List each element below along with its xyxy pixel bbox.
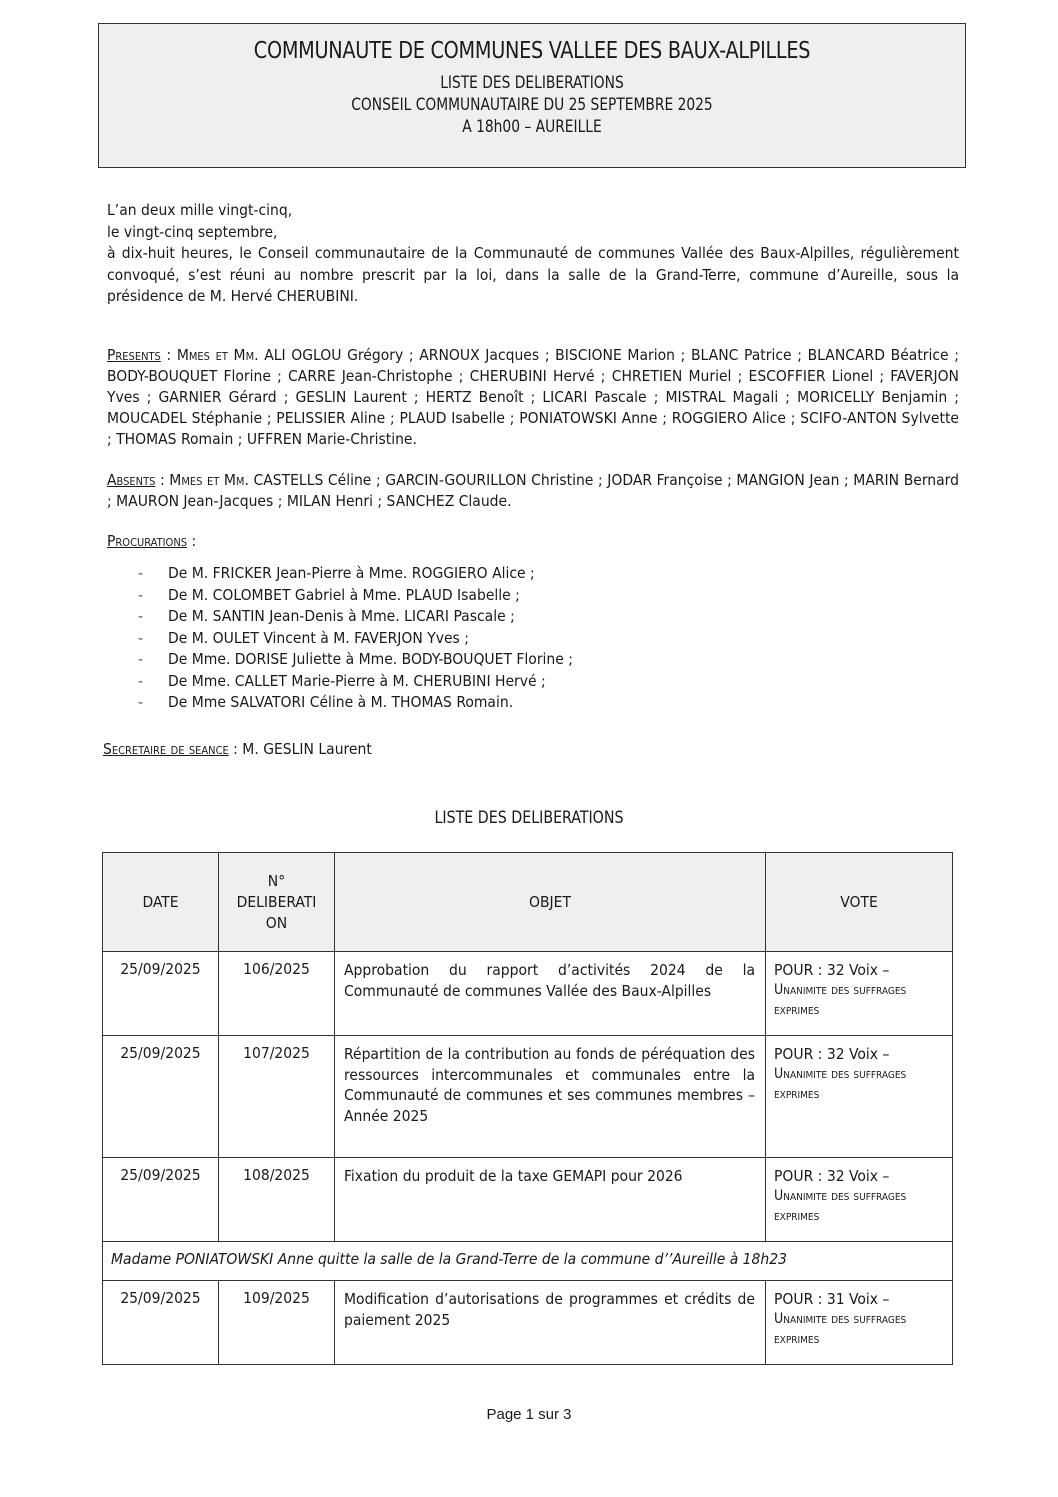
dash-bullet: - <box>138 671 143 693</box>
document-header: COMMUNAUTE DE COMMUNES VALLEE DES BAUX-A… <box>98 23 966 168</box>
list-item: -De M. SANTIN Jean-Denis à Mme. LICARI P… <box>138 606 573 628</box>
intro-text: L’an deux mille vingt-cinq, le vingt-cin… <box>107 200 959 308</box>
procuration-text: De Mme. DORISE Juliette à Mme. BODY-BOUQ… <box>168 650 573 668</box>
document-page: COMMUNAUTE DE COMMUNES VALLEE DES BAUX-A… <box>0 0 1058 1497</box>
table-row: 25/09/2025 107/2025 Répartition de la co… <box>103 1036 953 1158</box>
header-num-line: DELIBERATI <box>220 892 333 913</box>
header-num-line: ON <box>220 913 333 934</box>
meeting-time-place: A 18h00 – AUREILLE <box>129 116 934 138</box>
table-header-row: DATE N° DELIBERATI ON OBJET VOTE <box>103 853 953 952</box>
vote-result: POUR : 32 Voix – <box>774 1044 944 1064</box>
dash-bullet: - <box>138 628 143 650</box>
cell-date: 25/09/2025 <box>103 1158 219 1242</box>
table-row: 25/09/2025 106/2025 Approbation du rappo… <box>103 952 953 1036</box>
dash-bullet: - <box>138 692 143 714</box>
procuration-text: De Mme SALVATORI Céline à M. THOMAS Roma… <box>168 693 513 711</box>
procurations-label: Procurations <box>107 532 187 550</box>
absents-section: Absents : Mmes et Mm. CASTELLS Céline ; … <box>107 470 959 512</box>
procuration-text: De M. FRICKER Jean-Pierre à Mme. ROGGIER… <box>168 564 535 582</box>
secretaire-section: Secretaire de seance : M. GESLIN Laurent <box>103 740 372 758</box>
presents-prefix: : Mmes et Mm. <box>161 346 264 364</box>
deliberations-table: DATE N° DELIBERATI ON OBJET VOTE 25/09/2… <box>102 852 953 1365</box>
procuration-text: De M. COLOMBET Gabriel à Mme. PLAUD Isab… <box>168 586 520 604</box>
header-num-line: N° <box>220 871 333 892</box>
cell-objet: Répartition de la contribution au fonds … <box>335 1036 766 1158</box>
header-vote: VOTE <box>766 853 953 952</box>
meeting-title: CONSEIL COMMUNAUTAIRE DU 25 SEPTEMBRE 20… <box>129 94 934 116</box>
cell-num: 107/2025 <box>219 1036 335 1158</box>
intro-line-2: le vingt-cinq septembre, <box>107 222 959 244</box>
table-row: 25/09/2025 108/2025 Fixation du produit … <box>103 1158 953 1242</box>
absents-prefix: : Mmes et Mm. <box>155 471 253 489</box>
procuration-text: De Mme. CALLET Marie-Pierre à M. CHERUBI… <box>168 672 546 690</box>
departure-note: Madame PONIATOWSKI Anne quitte la salle … <box>103 1242 953 1281</box>
cell-vote: POUR : 32 Voix – Unanimite des suffrages… <box>766 1036 953 1158</box>
list-item: -De Mme. DORISE Juliette à Mme. BODY-BOU… <box>138 649 573 671</box>
cell-vote: POUR : 31 Voix – Unanimite des suffrages… <box>766 1281 953 1365</box>
presents-section: Presents : Mmes et Mm. ALI OGLOU Grégory… <box>107 345 959 450</box>
secretaire-value: : M. GESLIN Laurent <box>229 740 372 758</box>
document-subtitle: LISTE DES DELIBERATIONS <box>129 72 934 94</box>
list-item: -De M. FRICKER Jean-Pierre à Mme. ROGGIE… <box>138 563 573 585</box>
vote-detail: Unanimite des suffrages exprimes <box>774 1186 944 1226</box>
dash-bullet: - <box>138 563 143 585</box>
dash-bullet: - <box>138 649 143 671</box>
cell-date: 25/09/2025 <box>103 1281 219 1365</box>
cell-num: 109/2025 <box>219 1281 335 1365</box>
table-note-row: Madame PONIATOWSKI Anne quitte la salle … <box>103 1242 953 1281</box>
deliberations-list-title: LISTE DES DELIBERATIONS <box>37 808 1021 828</box>
cell-date: 25/09/2025 <box>103 1036 219 1158</box>
secretaire-label: Secretaire de seance <box>103 740 229 758</box>
list-item: -De Mme. CALLET Marie-Pierre à M. CHERUB… <box>138 671 573 693</box>
cell-num: 108/2025 <box>219 1158 335 1242</box>
cell-objet: Modification d’autorisations de programm… <box>335 1281 766 1365</box>
list-item: -De M. OULET Vincent à M. FAVERJON Yves … <box>138 628 573 650</box>
vote-detail: Unanimite des suffrages exprimes <box>774 1064 944 1104</box>
vote-detail: Unanimite des suffrages exprimes <box>774 1309 944 1349</box>
procurations-heading: Procurations : <box>107 531 959 552</box>
procurations-list: -De M. FRICKER Jean-Pierre à Mme. ROGGIE… <box>138 563 573 714</box>
cell-vote: POUR : 32 Voix – Unanimite des suffrages… <box>766 1158 953 1242</box>
intro-line-1: L’an deux mille vingt-cinq, <box>107 200 959 222</box>
vote-result: POUR : 31 Voix – <box>774 1289 944 1309</box>
cell-date: 25/09/2025 <box>103 952 219 1036</box>
intro-paragraph: à dix-huit heures, le Conseil communauta… <box>107 243 959 308</box>
organization-title: COMMUNAUTE DE COMMUNES VALLEE DES BAUX-A… <box>129 38 934 64</box>
procurations-colon: : <box>187 532 196 550</box>
header-num: N° DELIBERATI ON <box>219 853 335 952</box>
vote-result: POUR : 32 Voix – <box>774 960 944 980</box>
cell-objet: Approbation du rapport d’activités 2024 … <box>335 952 766 1036</box>
page-number: Page 1 sur 3 <box>0 1406 1058 1423</box>
dash-bullet: - <box>138 585 143 607</box>
vote-detail: Unanimite des suffrages exprimes <box>774 980 944 1020</box>
list-item: -De M. COLOMBET Gabriel à Mme. PLAUD Isa… <box>138 585 573 607</box>
absents-label: Absents <box>107 471 155 489</box>
cell-vote: POUR : 32 Voix – Unanimite des suffrages… <box>766 952 953 1036</box>
header-objet: OBJET <box>335 853 766 952</box>
list-item: -De Mme SALVATORI Céline à M. THOMAS Rom… <box>138 692 573 714</box>
dash-bullet: - <box>138 606 143 628</box>
procuration-text: De M. OULET Vincent à M. FAVERJON Yves ; <box>168 629 469 647</box>
cell-objet: Fixation du produit de la taxe GEMAPI po… <box>335 1158 766 1242</box>
header-date: DATE <box>103 853 219 952</box>
cell-num: 106/2025 <box>219 952 335 1036</box>
procuration-text: De M. SANTIN Jean-Denis à Mme. LICARI Pa… <box>168 607 515 625</box>
vote-result: POUR : 32 Voix – <box>774 1166 944 1186</box>
presents-label: Presents <box>107 346 161 364</box>
table-row: 25/09/2025 109/2025 Modification d’autor… <box>103 1281 953 1365</box>
